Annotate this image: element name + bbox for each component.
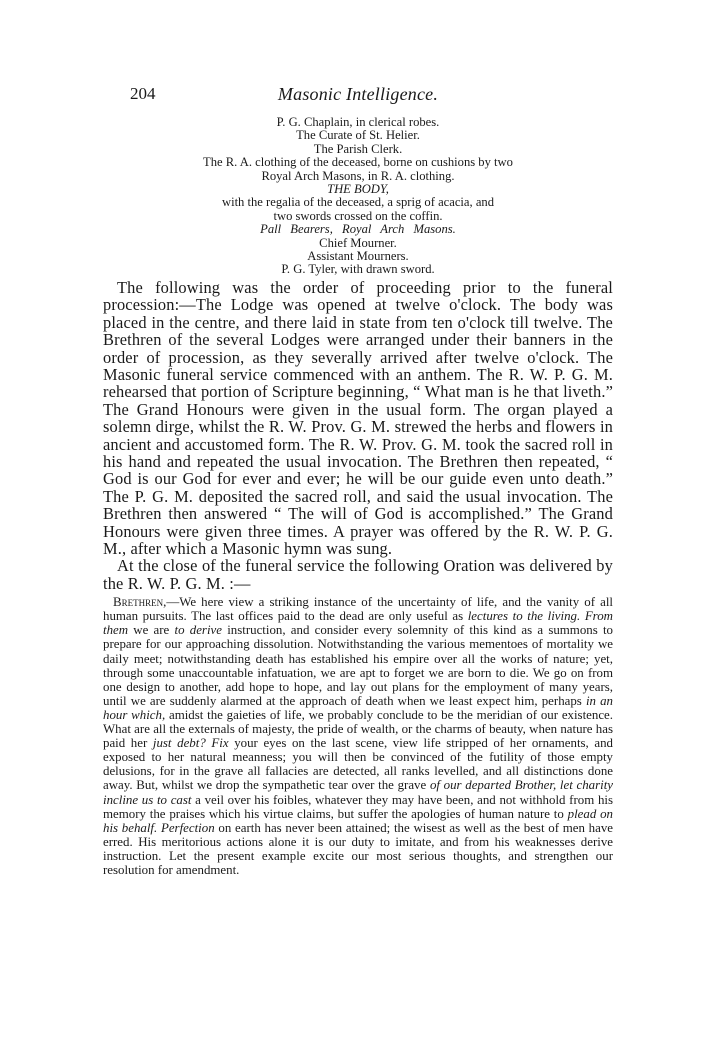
procession-item: The Curate of St. Helier. xyxy=(103,129,613,142)
procession-item: P. G. Tyler, with drawn sword. xyxy=(103,263,613,276)
procession-item-body: THE BODY, xyxy=(103,183,613,196)
oration-text: Brethren,—We here view a striking instan… xyxy=(103,595,613,877)
procession-list: P. G. Chaplain, in clerical robes. The C… xyxy=(103,116,613,277)
procession-item: The Parish Clerk. xyxy=(103,143,613,156)
oration-salutation: Brethren, xyxy=(113,595,166,609)
oration-paragraph: Brethren,—We here view a striking instan… xyxy=(103,595,613,877)
paragraph-order-of-proceeding: The following was the order of proceedin… xyxy=(103,279,613,558)
procession-item: The R. A. clothing of the deceased, born… xyxy=(103,156,613,169)
procession-item: Assistant Mourners. xyxy=(103,250,613,263)
body-text: The following was the order of proceedin… xyxy=(103,279,613,592)
procession-item: two swords crossed on the coffin. xyxy=(103,210,613,223)
paragraph-oration-intro: At the close of the funeral service the … xyxy=(103,557,613,592)
procession-item-pall-bearers: Pall Bearers, Royal Arch Masons. xyxy=(103,223,613,236)
document-page: 204 Masonic Intelligence. P. G. Chaplain… xyxy=(103,84,613,877)
procession-item: with the regalia of the deceased, a spri… xyxy=(103,196,613,209)
running-head: 204 Masonic Intelligence. xyxy=(103,84,613,106)
procession-item: Chief Mourner. xyxy=(103,237,613,250)
running-title: Masonic Intelligence. xyxy=(103,84,613,105)
procession-item: P. G. Chaplain, in clerical robes. xyxy=(103,116,613,129)
procession-item: Royal Arch Masons, in R. A. clothing. xyxy=(103,170,613,183)
